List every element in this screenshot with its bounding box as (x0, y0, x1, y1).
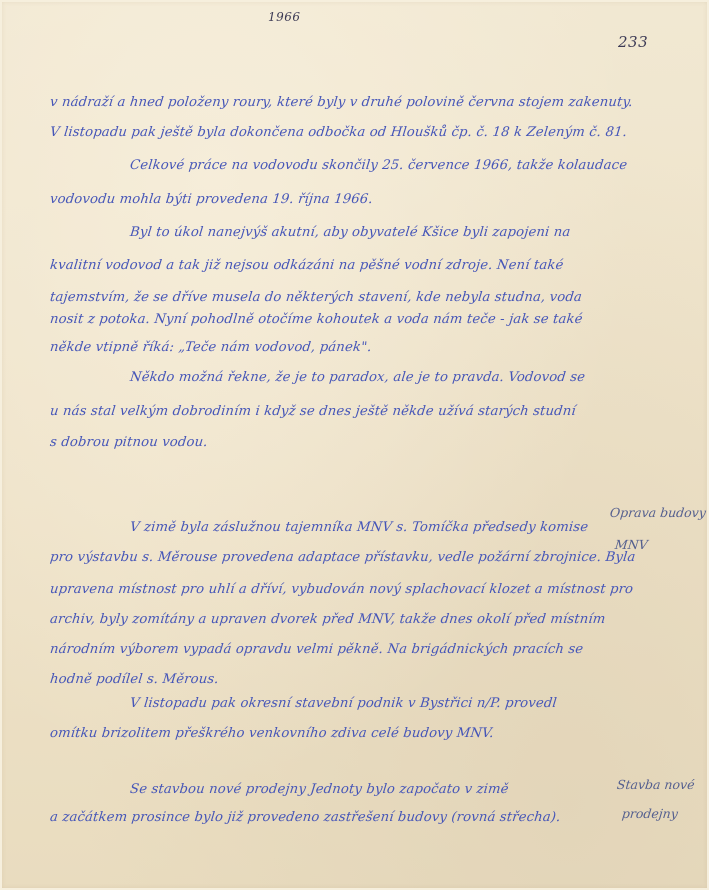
text-line: u nás stal velkým dobrodiním i když se d… (49, 404, 576, 419)
chronicle-page: 1966 233 v nádraží a hned položeny roury… (0, 0, 709, 890)
text-line: archiv, byly zomítány a upraven dvorek p… (49, 612, 606, 627)
year-header: 1966 (268, 10, 301, 24)
text-line: národním výborem vypadá opravdu velmi pě… (49, 642, 584, 657)
text-line: nosit z potoka. Nyní pohodlně otočíme ko… (49, 312, 583, 327)
text-line: hodně podílel s. Měrous. (49, 672, 219, 687)
text-line: v nádraží a hned položeny roury, které b… (49, 95, 633, 110)
text-line: a začátkem prosince bylo již provedeno z… (49, 810, 561, 825)
text-line: kvalitní vodovod a tak již nejsou odkázá… (49, 258, 564, 273)
text-line: V listopadu pak ještě byla dokončena odb… (49, 125, 627, 140)
text-line: někde vtipně říká: „Teče nám vodovod, pá… (49, 340, 372, 355)
margin-note-line: Stavba nové (616, 777, 695, 792)
text-line: upravena místnost pro uhlí a dříví, vybu… (49, 582, 634, 597)
text-line: tajemstvím, že se dříve musela do někter… (49, 290, 583, 305)
text-line: s dobrou pitnou vodou. (49, 435, 208, 450)
text-line: Celkové práce na vodovodu skončily 25. č… (129, 158, 628, 173)
margin-note-line: Oprava budovy (609, 505, 706, 520)
text-line: Někdo možná řekne, že je to paradox, ale… (129, 370, 586, 385)
text-line: pro výstavbu s. Měrouse provedena adapta… (49, 550, 636, 565)
margin-note-line: MNV (614, 537, 648, 552)
margin-note-line: prodejny (621, 806, 678, 821)
text-line: vodovodu mohla býti provedena 19. října … (49, 192, 373, 207)
text-line: V zimě byla záslužnou tajemníka MNV s. T… (129, 520, 589, 535)
text-line: Se stavbou nové prodejny Jednoty bylo za… (129, 782, 509, 797)
text-line: V listopadu pak okresní stavební podnik … (129, 696, 557, 711)
text-line: omítku brizolitem přeškrého venkovního z… (49, 726, 494, 741)
page-number: 233 (618, 33, 648, 51)
text-line: Byl to úkol nanejvýš akutní, aby obyvate… (129, 225, 571, 240)
